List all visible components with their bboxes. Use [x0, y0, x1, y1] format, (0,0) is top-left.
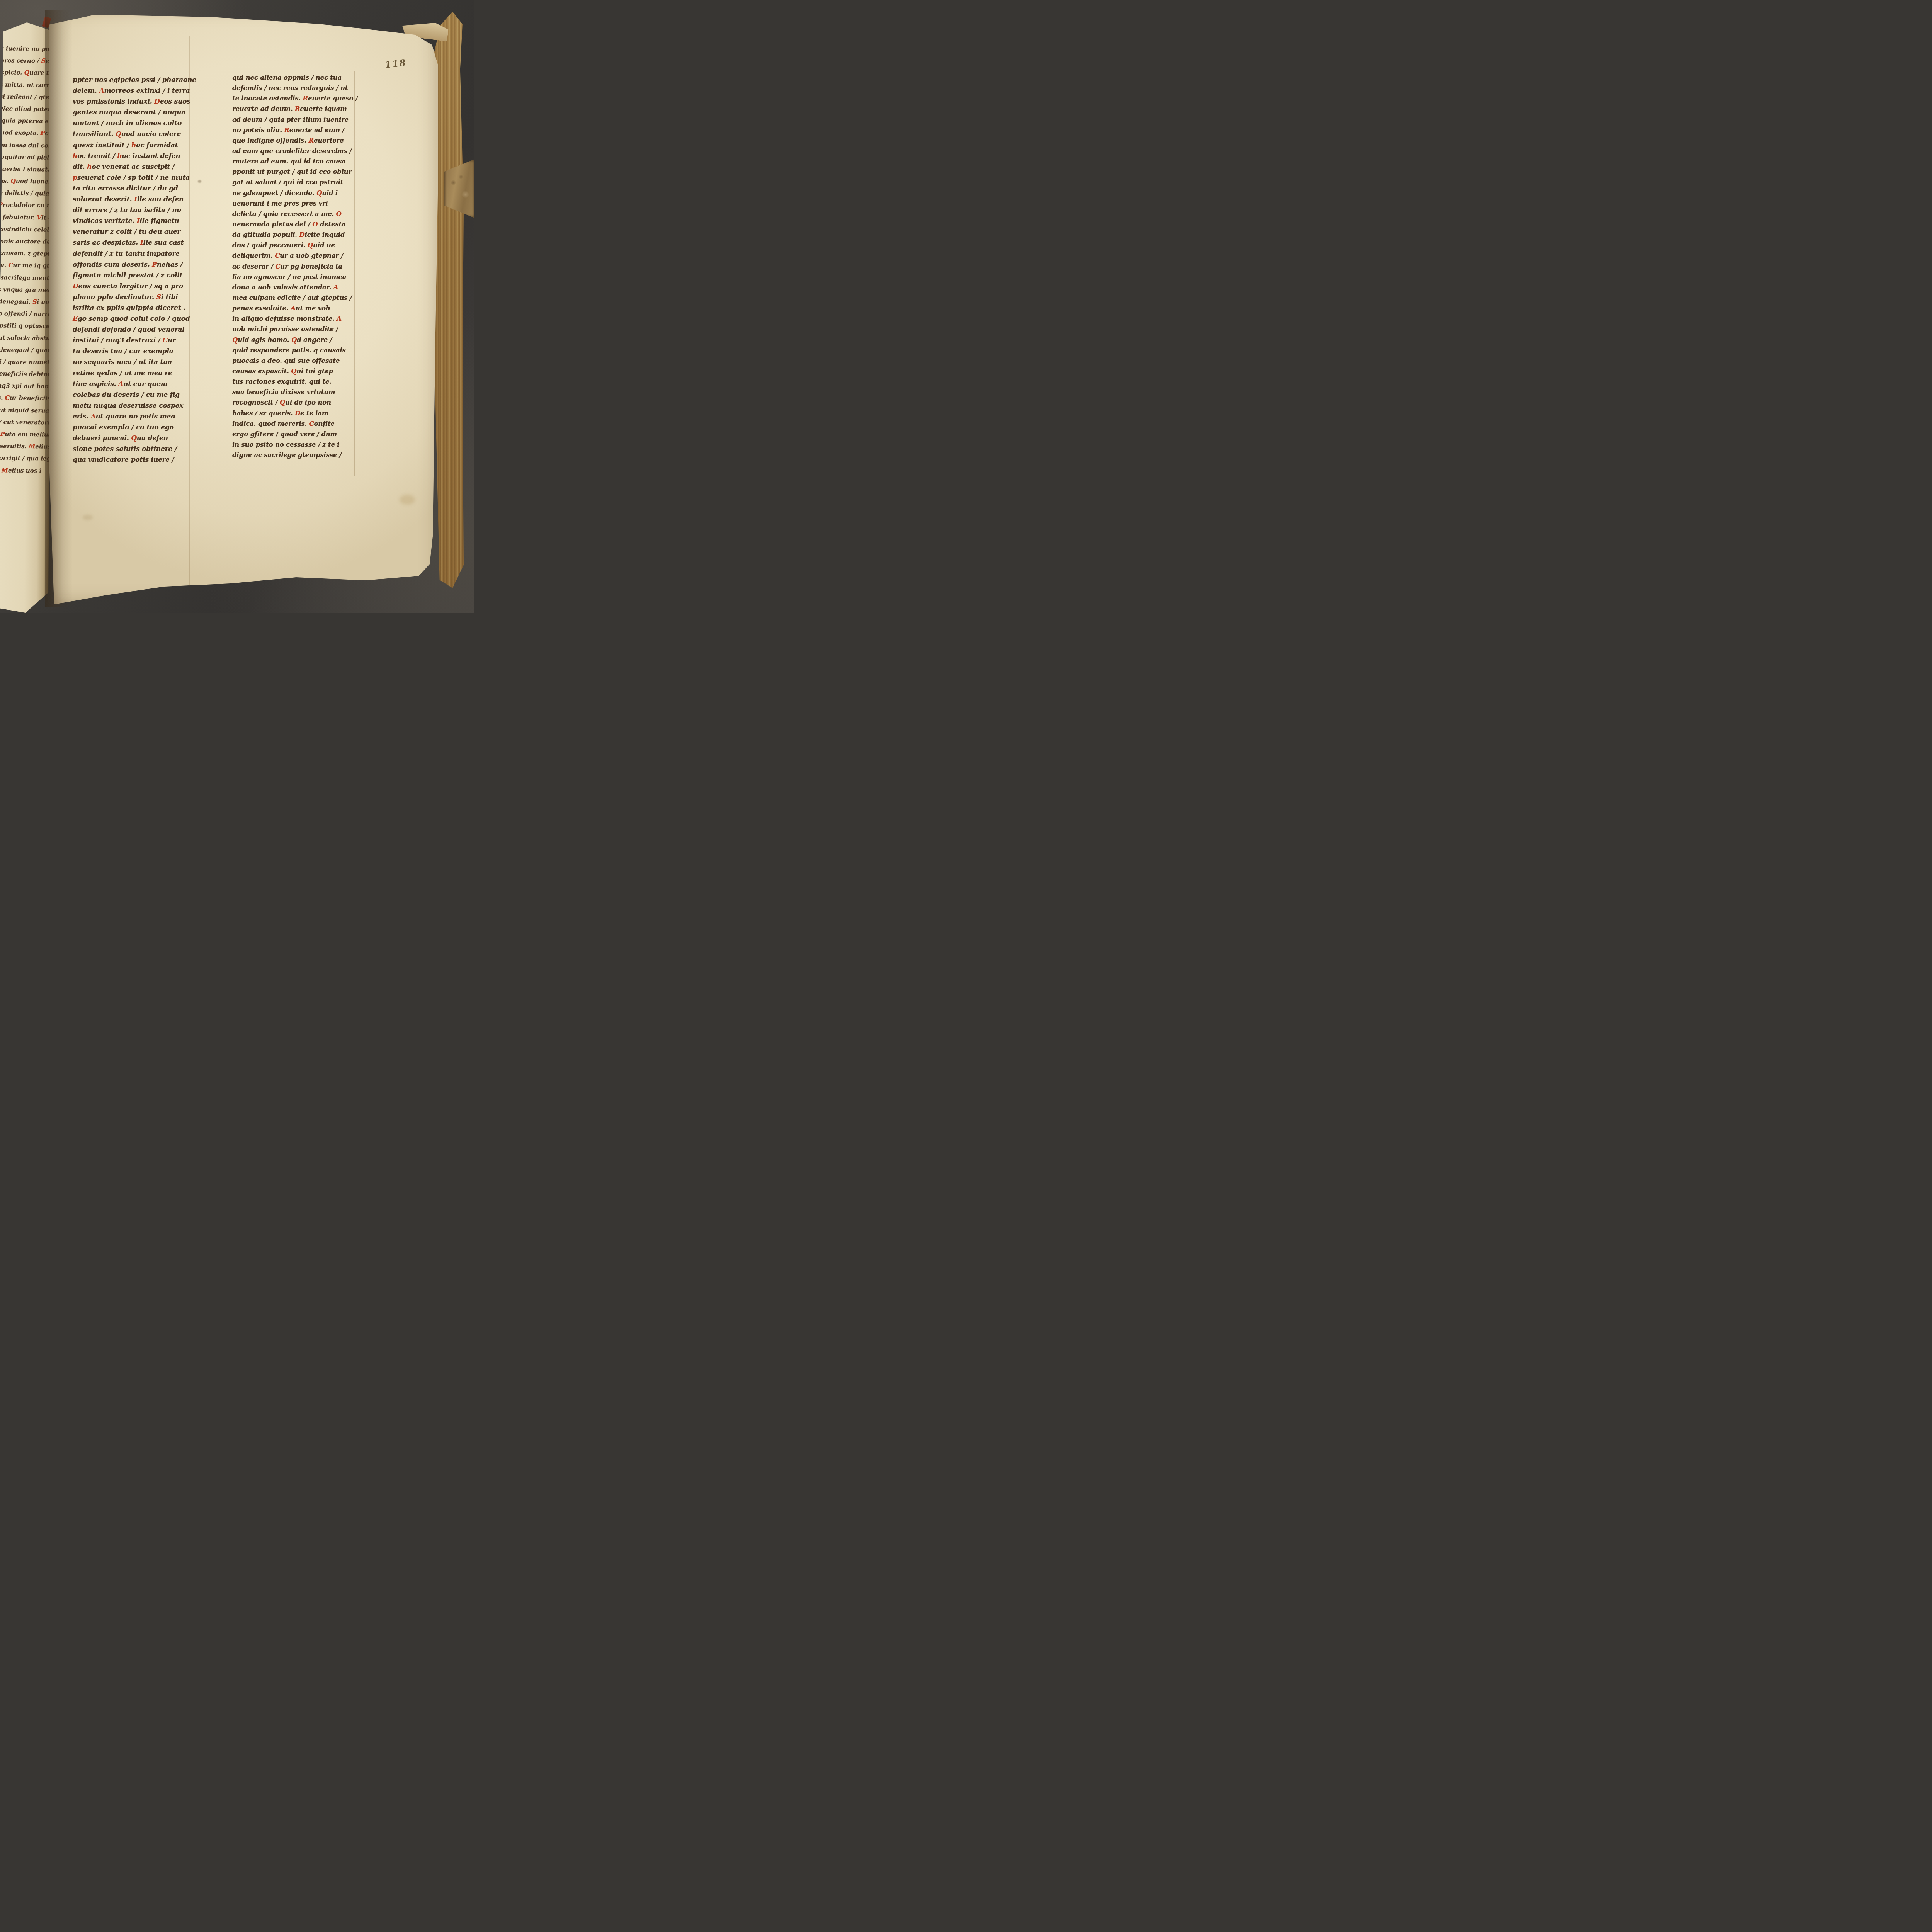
rubric-touched-letter: A: [118, 380, 123, 388]
rubric-touched-letter: D: [299, 231, 304, 238]
rubric-touched-letter: Q: [24, 69, 29, 76]
rubric-touched-letter: A: [90, 413, 95, 420]
manuscript-text-line: quesz instituit / hoc formidat: [73, 140, 196, 151]
rubric-touched-letter: h: [117, 152, 122, 160]
text-column-1: ppter uos egipcios pssi / pharaonedelem.…: [73, 75, 196, 465]
manuscript-text-line: causas exposcit. Qui tui gtep: [232, 366, 361, 376]
ruling-column2-left: [231, 71, 231, 587]
manuscript-text-line: no poteis aliu. Reuerte ad eum /: [232, 125, 361, 135]
manuscript-text-line: defendi defendo / quod venerai: [73, 324, 196, 335]
manuscript-text-line: dit errore / z tu tua isrlita / no: [73, 205, 196, 216]
rubric-touched-letter: I: [140, 239, 143, 247]
manuscript-text-line: dona a uob vniusis attendar. A: [232, 282, 361, 293]
rubric-touched-letter: I: [134, 196, 137, 203]
manuscript-text-line: recognoscit / Qui de ipo non: [232, 397, 361, 408]
manuscript-text-line: dit. hoc venerat ac suscipit /: [73, 162, 196, 172]
rubric-touched-letter: A: [291, 304, 296, 312]
manuscript-text-line: vos pmissionis induxi. Deos suos: [73, 96, 196, 107]
manuscript-text-line: sua beneficia dixisse vrtutum: [232, 387, 361, 397]
rubric-touched-letter: Q: [316, 189, 322, 197]
rubric-touched-letter: Q: [232, 336, 238, 344]
book-fore-edge: [434, 12, 464, 588]
manuscript-text-line: uenerunt i me pres pres vri: [232, 198, 361, 209]
manuscript-text-line: transiliunt. Quod nacio colere: [73, 129, 196, 139]
manuscript-text-line: mutant / nuch in alienos culto: [73, 118, 196, 129]
rubric-touched-letter: C: [309, 420, 314, 427]
manuscript-text-line: colebas du deseris / cu me fig: [73, 389, 196, 400]
manuscript-text-line: delem. Amorreos extinxi / i terra: [73, 85, 196, 96]
rubric-touched-letter: h: [87, 163, 92, 171]
manuscript-text-line: in aliquo defuisse monstrate. A: [232, 313, 361, 324]
manuscript-text-line: ueneranda pietas dei / O detesta: [232, 219, 361, 230]
manuscript-text-line: institui / nuq3 destruxi / Cur: [73, 335, 196, 346]
folio-number: 118: [384, 57, 407, 70]
manuscript-text-line: ad deum / quia pter illum iuenire: [232, 114, 361, 125]
rubric-touched-letter: D: [295, 410, 300, 417]
rubric-touched-letter: M: [2, 466, 8, 474]
manuscript-text-line: Quid agis homo. Qd angere /: [232, 335, 361, 345]
manuscript-text-line: digne ac sacrilege gtempsisse /: [232, 450, 361, 460]
rubric-touched-letter: A: [333, 284, 338, 291]
manuscript-text-line: quid respondere potis. q causais: [232, 345, 361, 355]
rubric-touched-letter: Q: [10, 177, 16, 185]
manuscript-text-line: saris ac despicias. Ille sua cast: [73, 237, 196, 248]
rubric-touched-letter: C: [275, 252, 280, 259]
manuscript-text-line: vindicas veritate. Ille figmetu: [73, 216, 196, 226]
rubric-touched-letter: Q: [280, 399, 285, 406]
rubric-touched-letter: M: [29, 442, 35, 450]
gutter-shadow: [45, 10, 73, 607]
manuscript-text-line: reuerte ad deum. Reuerte iquam: [232, 104, 361, 114]
rubric-touched-letter: C: [275, 263, 280, 270]
manuscript-text-line: ppter uos egipcios pssi / pharaone: [73, 75, 196, 85]
manuscript-text-line: phano pplo declinatur. Si tibi: [73, 292, 196, 303]
rubric-touched-letter: Q: [308, 241, 313, 249]
manuscript-text-line: ne gdempnet / dicendo. Quid i: [232, 188, 361, 198]
rubric-touched-letter: L: [0, 153, 0, 160]
rubric-touched-letter: Q: [291, 367, 296, 375]
rubric-touched-letter: P: [41, 129, 45, 137]
manuscript-text-line: lia no agnoscar / ne post inumea: [232, 272, 361, 282]
rubric-touched-letter: A: [337, 315, 342, 322]
rubric-touched-letter: A: [99, 87, 104, 95]
manuscript-text-line: que indigne offendis. Reuertere: [232, 135, 361, 146]
manuscript-photo: rebas iuenire no possumnumeros cerno / S…: [0, 0, 474, 613]
manuscript-text-line: defendit / z tu tantu impatore: [73, 248, 196, 259]
rubric-touched-letter: P: [0, 201, 3, 209]
manuscript-text-line: hoc tremit / hoc instant defen: [73, 151, 196, 162]
rubric-touched-letter: h: [131, 141, 136, 149]
rubric-touched-letter: Q: [131, 434, 137, 442]
rubric-touched-letter: R: [303, 95, 308, 102]
manuscript-text-line: offendis cum deseris. Pnehas /: [73, 259, 196, 270]
rubric-touched-letter: h: [73, 152, 77, 160]
manuscript-text-line: da gtitudia populi. Dicite inquid: [232, 230, 361, 240]
manuscript-text-line: gentes nuqua deserunt / nuqua: [73, 107, 196, 118]
rubric-touched-letter: S: [156, 293, 161, 301]
manuscript-text-line: pseuerat cole / sp tolit / ne muta: [73, 172, 196, 183]
manuscript-text-line: soluerat deserit. Ille suu defen: [73, 194, 196, 205]
rubric-touched-letter: p: [73, 174, 77, 182]
manuscript-text-line: indica. quod mereris. Confite: [232, 418, 361, 429]
rubric-touched-letter: Q: [116, 130, 121, 138]
manuscript-text-line: in suo psito no cessasse / z te i: [232, 439, 361, 450]
manuscript-text-line: te inocete ostendis. Reuerte queso /: [232, 93, 361, 104]
manuscript-text-line: to ritu errasse dicitur / du gd: [73, 183, 196, 194]
manuscript-text-line: isrlita ex ppiis quippia diceret .: [73, 303, 196, 313]
manuscript-text-line: metu nuqua deseruisse cospex: [73, 400, 196, 411]
manuscript-text-line: tu deseris tua / cur exempla: [73, 346, 196, 357]
manuscript-text-line: no sequaris mea / ut ita tua: [73, 357, 196, 367]
manuscript-text-line: reutere ad eum. qui id tco causa: [232, 156, 361, 167]
rubric-touched-letter: D: [154, 98, 160, 105]
rubric-touched-letter: R: [284, 126, 289, 134]
manuscript-text-line: mea culpam edicite / aut gteptus /: [232, 293, 361, 303]
manuscript-text-line: pponit ut purget / qui id cco obiur: [232, 167, 361, 177]
manuscript-text-line: deliquerim. Cur a uob gtepnar /: [232, 250, 361, 261]
rubric-touched-letter: D: [73, 282, 78, 290]
rubric-touched-letter: C: [5, 394, 10, 401]
manuscript-text-line: debueri puocai. Qua defen: [73, 433, 196, 444]
rubric-touched-letter: R: [309, 137, 314, 144]
text-column-2: qui nec aliena oppmis / nec tuadefendis …: [232, 72, 361, 460]
rubric-touched-letter: R: [295, 105, 300, 112]
manuscript-text-line: habes / sz queris. De te iam: [232, 408, 361, 418]
manuscript-text-line: Ego semp quod colui colo / quod: [73, 313, 196, 324]
rubric-touched-letter: P: [0, 430, 5, 437]
manuscript-text-line: gat ut saluat / qui id cco pstruit: [232, 177, 361, 187]
manuscript-text-line: qua vmdicatore potis iuere /: [73, 454, 196, 465]
rubric-touched-letter: C: [162, 337, 167, 344]
manuscript-text-line: veneratur z colit / tu deu auer: [73, 226, 196, 237]
manuscript-text-line: delictu / quia recessert a me. O: [232, 209, 361, 219]
manuscript-text-line: ad eum que crudeliter deserebas /: [232, 146, 361, 156]
rubric-touched-letter: V: [37, 214, 41, 221]
manuscript-text-line: puocai exemplo / cu tuo ego: [73, 422, 196, 433]
rubric-touched-letter: E: [73, 315, 78, 323]
manuscript-text-line: penas exsoluite. Aut me vob: [232, 303, 361, 313]
manuscript-text-line: ergo gfitere / quod vere / dnm: [232, 429, 361, 439]
manuscript-text-line: ac deserar / Cur pg beneficia ta: [232, 261, 361, 272]
rubric-touched-letter: O: [336, 210, 342, 218]
rubric-touched-letter: P: [152, 261, 157, 269]
manuscript-text-line: tine ospicis. Aut cur quem: [73, 379, 196, 389]
manuscript-text-line: sione potes salutis obtinere /: [73, 444, 196, 454]
rubric-touched-letter: O: [312, 221, 318, 228]
manuscript-text-line: dns / quid peccaueri. Quid ue: [232, 240, 361, 250]
rubric-touched-letter: S: [32, 298, 37, 305]
manuscript-text-line: figmetu michil prestat / z colit: [73, 270, 196, 281]
rubric-touched-letter: C: [8, 262, 13, 269]
manuscript-text-line: retine qedas / ut me mea re: [73, 368, 196, 379]
manuscript-text-line: defendis / nec reos redarguis / nt: [232, 83, 361, 93]
manuscript-text-line: puocais a deo. qui sue offesate: [232, 355, 361, 366]
ruling-column1-left: [70, 36, 70, 582]
manuscript-text-line: Deus cuncta largitur / sq a pro: [73, 281, 196, 292]
rubric-touched-letter: I: [137, 217, 140, 225]
manuscript-text-line: qui nec aliena oppmis / nec tua: [232, 72, 361, 83]
manuscript-text-line: eris. Aut quare no potis meo: [73, 411, 196, 422]
manuscript-text-line: uob michi paruisse ostendite /: [232, 324, 361, 334]
manuscript-text-line: tus raciones exquirit. qui te.: [232, 376, 361, 387]
rubric-touched-letter: Q: [291, 336, 297, 344]
